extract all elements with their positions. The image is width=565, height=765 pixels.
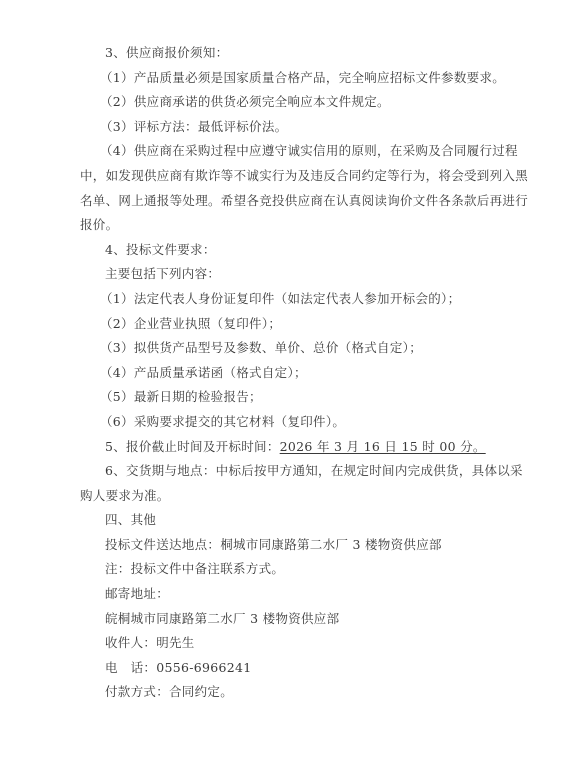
s3-item-2: （2）供应商承诺的供货必须完全响应本文件规定。 — [80, 90, 495, 115]
mail-label: 邮寄地址： — [80, 582, 495, 607]
section-4-heading: 4、投标文件要求： — [80, 238, 495, 263]
s3-item-4-line-2: 中，如发现供应商有欺诈等不诚实行为及违反合同约定等行为，将会受到列入黑 — [80, 164, 495, 189]
s4-intro: 主要包括下列内容： — [80, 262, 495, 287]
s4-item-1: （1）法定代表人身份证复印件（如法定代表人参加开标会的）； — [80, 287, 495, 312]
section-6-line-2: 购人要求为准。 — [80, 484, 495, 509]
payment-method: 付款方式：合同约定。 — [80, 680, 495, 705]
s3-item-1: （1）产品质量必须是国家质量合格产品，完全响应招标文件参数要求。 — [80, 66, 495, 91]
section-3-heading: 3、供应商报价须知： — [80, 41, 495, 66]
section-5-deadline: 5、报价截止时间及开标时间：2026 年 3 月 16 日 15 时 00 分。 — [80, 435, 495, 460]
deadline-value: 2026 年 3 月 16 日 15 时 00 分。 — [280, 439, 486, 454]
recipient: 收件人：明先生 — [80, 631, 495, 656]
s4-item-6: （6）采购要求提交的其它材料（复印件）。 — [80, 410, 495, 435]
s3-item-4-line-4: 报价。 — [80, 213, 495, 238]
deadline-label: 5、报价截止时间及开标时间： — [105, 439, 280, 454]
s4-item-5: （5）最新日期的检验报告； — [80, 385, 495, 410]
section-other-heading: 四、其他 — [80, 508, 495, 533]
section-6-line-1: 6、交货期与地点：中标后按甲方通知，在规定时间内完成供货，具体以采 — [80, 459, 495, 484]
contact-note: 注：投标文件中备注联系方式。 — [80, 557, 495, 582]
s3-item-3: （3）评标方法：最低评标价法。 — [80, 115, 495, 140]
mail-address: 皖桐城市同康路第二水厂 3 楼物资供应部 — [80, 607, 495, 632]
document-page: 3、供应商报价须知： （1）产品质量必须是国家质量合格产品，完全响应招标文件参数… — [80, 41, 495, 705]
s4-item-3: （3）拟供货产品型号及参数、单价、总价（格式自定）； — [80, 336, 495, 361]
s4-item-2: （2）企业营业执照（复印件）； — [80, 312, 495, 337]
s3-item-4-line-3: 名单、网上通报等处理。希望各竞投供应商在认真阅读询价文件各条款后再进行 — [80, 189, 495, 214]
s4-item-4: （4）产品质量承诺函（格式自定）； — [80, 361, 495, 386]
s3-item-4-line-1: （4）供应商在采购过程中应遵守诚实信用的原则，在采购及合同履行过程 — [80, 139, 495, 164]
delivery-place: 投标文件送达地点：桐城市同康路第二水厂 3 楼物资供应部 — [80, 533, 495, 558]
phone: 电 话：0556-6966241 — [80, 656, 495, 681]
